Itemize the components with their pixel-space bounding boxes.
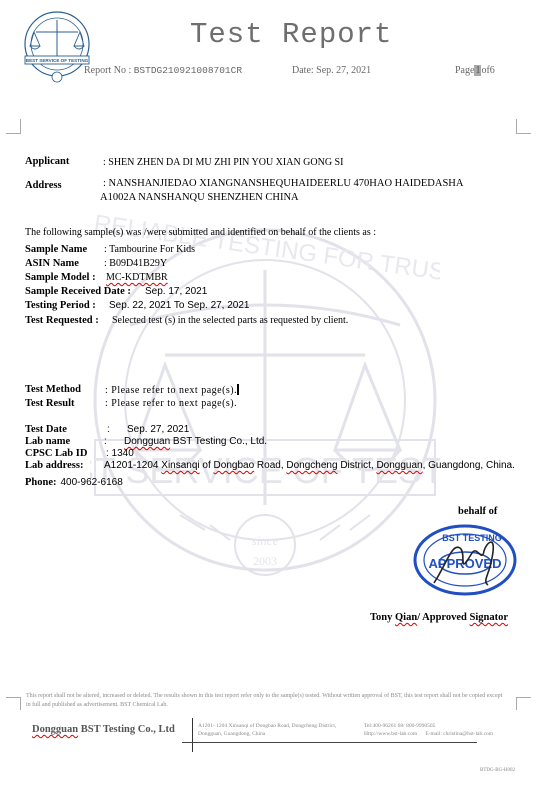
phone-label: Phone: [25,477,57,488]
test-date-label: Test Date [25,424,67,435]
page-label: Page [455,65,474,76]
footer-address: A1201- 1204 Xinsanqi of Dongbao Road, Do… [198,722,336,738]
svg-text:2003: 2003 [253,554,277,568]
address-line-1: : NANSHANJIEDAO XIANGNANSHEQUHAIDEERLU 4… [103,178,463,189]
phone: Phone: 400-962-6168 [25,472,123,490]
report-date: Date: Sep. 27, 2021 [292,65,371,76]
report-no-value: BSTDG210921008701CR [134,65,242,76]
report-number: Report No : BSTDG210921008701CR [84,65,242,76]
received-date-label: Sample Received Date : [25,286,131,297]
address-label: Address [25,180,62,191]
footer-website-link[interactable]: Http://www.bst-lab.com [364,731,417,737]
address-line-2: A1002A NANSHANQU SHENZHEN CHINA [100,192,299,203]
cpsc-lab-id-value: : 1340 [106,448,134,459]
test-requested-value: Selected test (s) in the selected parts … [112,315,348,326]
footer-contact: Tel:400-96261 68/ 800-9990505 Http://www… [364,722,493,738]
lab-name-sep: : [104,436,107,447]
date-label: Date: [292,65,314,76]
test-method-value[interactable]: : Please refer to next page(s). [105,384,239,396]
behalf-of-text: behalf of [458,506,497,517]
sample-name-value: : Tambourine For Kids [104,244,195,255]
document-id: BTDG-BG-H002 [480,768,515,773]
crop-mark-bottom-right [516,697,531,710]
page-total: of6 [481,65,494,76]
test-date-value: Sep. 27, 2021 [127,424,189,435]
lab-name-city: Dongguan [124,436,170,447]
footer-divider-vertical [192,718,193,752]
received-date-value: Sep. 17, 2021 [145,286,207,297]
applicant-label: Applicant [25,156,69,167]
sample-model-label: Sample Model : [25,272,96,283]
text-cursor [237,384,239,395]
phone-value: 400-962-6168 [61,477,123,488]
lab-name-label: Lab name [25,436,70,447]
lab-address-label: Lab address: [25,460,83,471]
footer-disclaimer: This report shall not be altered, increa… [26,692,506,710]
test-date-sep: : [107,424,110,435]
test-result-label: Test Result [25,398,75,409]
report-no-label: Report No : [84,65,131,76]
footer-divider-horizontal [182,742,477,743]
lab-address-value: A1201-1204 Xinsanqi of Dongbao Road, Don… [104,460,515,471]
footer-company: Dongguan BST Testing Co., Ltd [32,724,175,735]
footer-email-link[interactable]: E-mail: christina@bst-lab.com [425,731,493,737]
bst-logo: BEST SERVICE OF TESTING [22,8,92,86]
test-result-value: : Please refer to next page(s). [105,398,237,409]
cpsc-lab-id-label: CPSC Lab ID [25,448,87,459]
sample-name-label: Sample Name [25,244,87,255]
approved-stamp: APPROVED BST TESTING [412,523,518,597]
signer-name: Tony Qian/ Approved Signator [370,612,508,623]
crop-mark-top-right [516,119,531,134]
test-method-label: Test Method [25,384,81,395]
svg-text:BST TESTING: BST TESTING [442,533,502,543]
crop-mark-top-left [6,119,21,134]
asin-label: ASIN Name [25,258,79,269]
lab-name-value: Dongguan BST Testing Co., Ltd. [124,436,267,447]
intro-text: The following sample(s) was /were submit… [25,227,376,238]
testing-period-label: Testing Period : [25,300,96,311]
svg-text:BEST SERVICE OF TESTING: BEST SERVICE OF TESTING [26,58,89,63]
testing-period-value: Sep. 22, 2021 To Sep. 27, 2021 [109,300,250,311]
footer-address-line-2: Dongguan, Guangdong, China [198,730,336,738]
asin-value: : B09D41B29Y [104,258,167,269]
date-value: Sep. 27, 2021 [316,65,371,76]
svg-text:since: since [252,533,279,548]
page-title: Test Report [190,18,392,51]
lab-name-rest: BST Testing Co., Ltd. [170,436,267,447]
footer-tel: Tel:400-96261 68/ 800-9990505 [364,722,493,730]
sample-model-value: MC-KDTMBR [106,272,168,283]
test-requested-label: Test Requested : [25,315,99,326]
applicant-value: : SHEN ZHEN DA DI MU ZHI PIN YOU XIAN GO… [103,157,343,168]
page-indicator: Page1of6 [455,65,495,76]
test-method-text: : Please refer to next page(s). [105,385,237,396]
footer-address-line-1: A1201- 1204 Xinsanqi of Dongbao Road, Do… [198,722,336,730]
crop-mark-bottom-left [6,697,21,710]
